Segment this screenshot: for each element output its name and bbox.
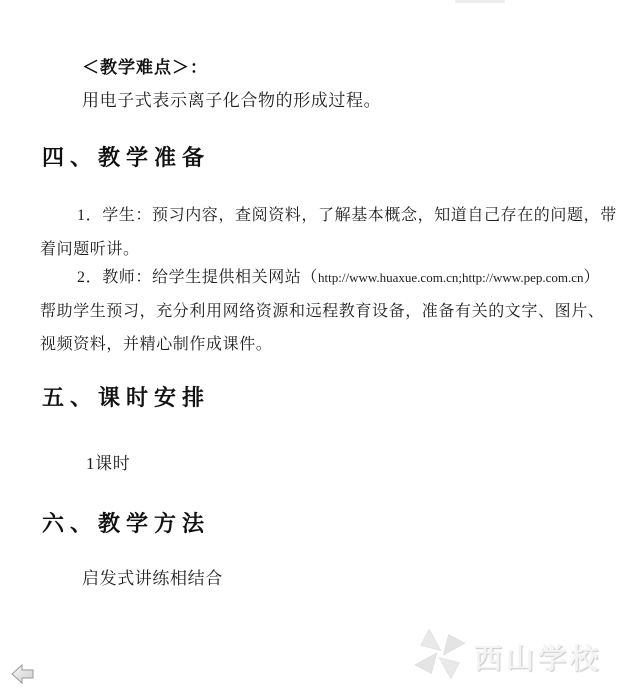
prep-paragraph2-prefix: 2．教师：给学生提供相关网站（: [77, 269, 318, 286]
prep-paragraph2-line2: 帮助学生预习，充分利用网络资源和远程教育设备，准备有关的文字、图片、: [40, 298, 604, 321]
pinwheel-star-icon: [414, 628, 466, 685]
back-arrow-icon: [11, 663, 35, 687]
related-websites-url-text: http://www.huaxue.com.cn;http://www.pep.…: [318, 270, 583, 285]
prep-paragraph1-line1: 1．学生：预习内容，查阅资料，了解基本概念，知道自己存在的问题，带: [77, 202, 617, 225]
method-text: 启发式讲练相结合: [82, 564, 223, 589]
watermark-school-name: 西山学校: [474, 637, 602, 677]
section-title-method: 六、教学方法: [42, 507, 210, 538]
school-watermark: 西山学校: [414, 628, 602, 685]
prep-paragraph1-line2: 着问题听讲。: [40, 236, 140, 259]
difficulty-heading: ＜教学难点＞：: [82, 53, 208, 78]
schedule-text: 1课时: [86, 449, 130, 474]
prep-paragraph2-line1: 2．教师：给学生提供相关网站（http://www.huaxue.com.cn;…: [77, 264, 600, 287]
document-page: ＜教学难点＞： 用电子式表示离子化合物的形成过程。 四、教学准备 1．学生：预习…: [0, 0, 629, 694]
prep-paragraph2-suffix: ）: [584, 269, 601, 286]
scan-artifact: [455, 0, 505, 3]
difficulty-text: 用电子式表示离子化合物的形成过程。: [82, 86, 381, 111]
section-title-schedule: 五、课时安排: [42, 381, 210, 412]
prep-paragraph2-line3: 视频资料，并精心制作成课件。: [40, 331, 272, 354]
section-title-prep: 四、教学准备: [42, 141, 210, 172]
